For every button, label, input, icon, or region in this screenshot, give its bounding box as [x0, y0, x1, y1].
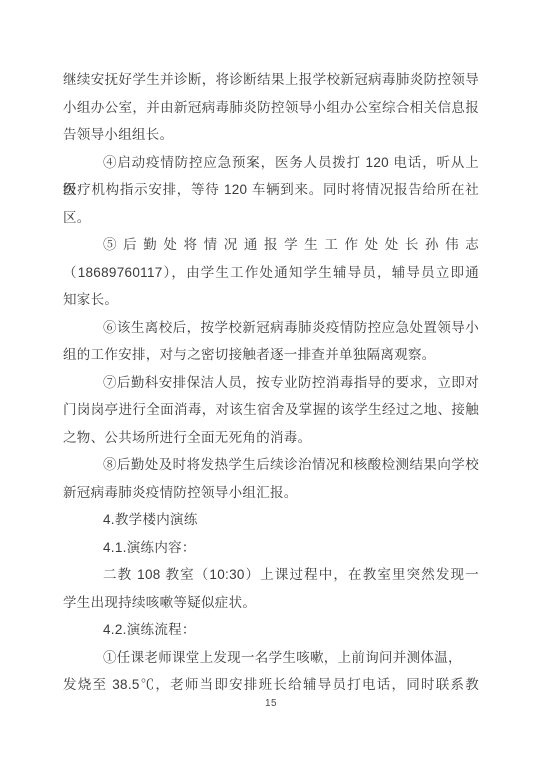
- text-line: 门岗岗亭进行全面消毒，对该生宿舍及掌握的该学生经过之地、接触: [63, 396, 479, 424]
- text-line: ⑦后勤科安排保洁人员，按专业防控消毒指导的要求，立即对: [63, 369, 479, 397]
- text-line: 继续安抚好学生并诊断，将诊断结果上报学校新冠病毒肺炎防控领导: [63, 66, 479, 94]
- text-body: 继续安抚好学生并诊断，将诊断结果上报学校新冠病毒肺炎防控领导小组办公室，并由新冠…: [63, 66, 479, 699]
- text-line: ①任课老师课堂上发现一名学生咳嗽，上前询问并测体温，: [63, 644, 479, 672]
- text-line: 4.2.演练流程：: [63, 616, 479, 644]
- text-line: ⑧后勤处及时将发热学生后续诊治情况和核酸检测结果向学校: [63, 451, 479, 479]
- text-line: 小组办公室，并由新冠病毒肺炎防控领导小组办公室综合相关信息报: [63, 94, 479, 122]
- document-page: 继续安抚好学生并诊断，将诊断结果上报学校新冠病毒肺炎防控领导小组办公室，并由新冠…: [0, 0, 542, 768]
- text-line: 二教 108 教室（10:30）上课过程中，在教室里突然发现一: [63, 561, 479, 589]
- page-number: 15: [0, 698, 542, 709]
- text-line: 发烧至 38.5℃，老师当即安排班长给辅导员打电话，同时联系教: [63, 671, 479, 699]
- text-line: ⑤后勤处将情况通报学生工作处处长孙伟志: [63, 231, 479, 259]
- text-line: 医疗机构指示安排，等待 120 车辆到来。同时将情况报告给所在社: [63, 176, 479, 204]
- text-line: 告领导小组组长。: [63, 121, 479, 149]
- text-line: 组的工作安排，对与之密切接触者逐一排查并单独隔离观察。: [63, 341, 479, 369]
- text-line: 4.1.演练内容：: [63, 534, 479, 562]
- text-line: ⑥该生离校后，按学校新冠病毒肺炎疫情防控应急处置领导小: [63, 314, 479, 342]
- text-line: 4.教学楼内演练: [63, 506, 479, 534]
- text-line: （18689760117），由学生工作处通知学生辅导员，辅导员立即通: [63, 259, 479, 287]
- text-line: 知家长。: [63, 286, 479, 314]
- text-line: ④启动疫情防控应急预案，医务人员拨打 120 电话，听从上级: [63, 149, 479, 177]
- text-line: 之物、公共场所进行全面无死角的消毒。: [63, 424, 479, 452]
- text-line: 区。: [63, 204, 479, 232]
- text-line: 新冠病毒肺炎疫情防控领导小组汇报。: [63, 479, 479, 507]
- text-line: 学生出现持续咳嗽等疑似症状。: [63, 589, 479, 617]
